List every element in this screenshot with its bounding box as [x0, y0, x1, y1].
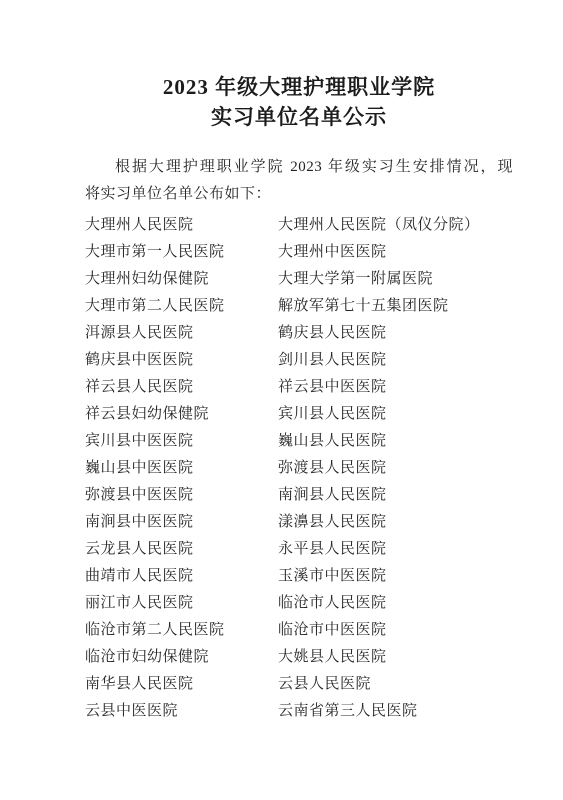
page-title-line1: 2023 年级大理护理职业学院: [85, 72, 513, 102]
hospital-name-right: 临沧市中医医院: [278, 617, 513, 644]
intro-line-2: 将实习单位名单公布如下：: [85, 181, 513, 208]
hospital-name-right: 大理州人民医院（凤仪分院）: [278, 212, 513, 239]
hospital-row: 南涧县中医医院 漾濞县人民医院: [85, 509, 513, 536]
hospital-row: 云县中医医院 云南省第三人民医院: [85, 698, 513, 725]
hospital-name-right: 大理大学第一附属医院: [278, 266, 513, 293]
hospital-name-left: 大理州人民医院: [85, 212, 278, 239]
hospital-name-left: 大理州妇幼保健院: [85, 266, 278, 293]
hospital-row: 祥云县人民医院 祥云县中医医院: [85, 374, 513, 401]
hospital-name-right: 云南省第三人民医院: [278, 698, 513, 725]
hospital-row: 丽江市人民医院 临沧市人民医院: [85, 590, 513, 617]
hospital-name-left: 南涧县中医医院: [85, 509, 278, 536]
hospital-row: 巍山县中医医院 弥渡县人民医院: [85, 455, 513, 482]
hospital-name-right: 弥渡县人民医院: [278, 455, 513, 482]
hospital-row: 鹤庆县中医医院 剑川县人民医院: [85, 347, 513, 374]
hospital-name-left: 弥渡县中医医院: [85, 482, 278, 509]
hospital-row: 大理州人民医院 大理州人民医院（凤仪分院）: [85, 212, 513, 239]
hospital-row: 曲靖市人民医院 玉溪市中医医院: [85, 563, 513, 590]
document-page: 2023 年级大理护理职业学院 实习单位名单公示 根据大理护理职业学院 2023…: [0, 0, 563, 800]
hospital-name-left: 云龙县人民医院: [85, 536, 278, 563]
hospital-name-right: 祥云县中医医院: [278, 374, 513, 401]
hospital-name-right: 巍山县人民医院: [278, 428, 513, 455]
hospital-list: 大理州人民医院 大理州人民医院（凤仪分院） 大理市第一人民医院 大理州中医医院 …: [85, 212, 513, 725]
hospital-name-left: 祥云县妇幼保健院: [85, 401, 278, 428]
hospital-row: 大理州妇幼保健院 大理大学第一附属医院: [85, 266, 513, 293]
hospital-name-left: 宾川县中医医院: [85, 428, 278, 455]
hospital-name-right: 宾川县人民医院: [278, 401, 513, 428]
hospital-name-left: 丽江市人民医院: [85, 590, 278, 617]
hospital-name-right: 大理州中医医院: [278, 239, 513, 266]
hospital-name-left: 大理市第二人民医院: [85, 293, 278, 320]
hospital-name-left: 曲靖市人民医院: [85, 563, 278, 590]
hospital-row: 南华县人民医院 云县人民医院: [85, 671, 513, 698]
hospital-name-right: 永平县人民医院: [278, 536, 513, 563]
hospital-name-right: 鹤庆县人民医院: [278, 320, 513, 347]
hospital-name-left: 鹤庆县中医医院: [85, 347, 278, 374]
hospital-name-left: 祥云县人民医院: [85, 374, 278, 401]
hospital-name-right: 玉溪市中医医院: [278, 563, 513, 590]
hospital-name-right: 大姚县人民医院: [278, 644, 513, 671]
hospital-row: 宾川县中医医院 巍山县人民医院: [85, 428, 513, 455]
intro-paragraph: 根据大理护理职业学院 2023 年级实习生安排情况，现 将实习单位名单公布如下：: [85, 154, 513, 208]
hospital-name-right: 云县人民医院: [278, 671, 513, 698]
hospital-name-left: 临沧市第二人民医院: [85, 617, 278, 644]
hospital-row: 临沧市第二人民医院 临沧市中医医院: [85, 617, 513, 644]
hospital-row: 祥云县妇幼保健院 宾川县人民医院: [85, 401, 513, 428]
hospital-row: 弥渡县中医医院 南涧县人民医院: [85, 482, 513, 509]
page-title-line2: 实习单位名单公示: [85, 102, 513, 132]
hospital-name-right: 南涧县人民医院: [278, 482, 513, 509]
hospital-row: 大理市第二人民医院 解放军第七十五集团医院: [85, 293, 513, 320]
intro-line-1: 根据大理护理职业学院 2023 年级实习生安排情况，现: [85, 154, 513, 181]
hospital-name-left: 巍山县中医医院: [85, 455, 278, 482]
hospital-name-right: 解放军第七十五集团医院: [278, 293, 513, 320]
hospital-row: 临沧市妇幼保健院 大姚县人民医院: [85, 644, 513, 671]
hospital-name-left: 云县中医医院: [85, 698, 278, 725]
hospital-name-left: 洱源县人民医院: [85, 320, 278, 347]
hospital-name-right: 临沧市人民医院: [278, 590, 513, 617]
hospital-name-right: 剑川县人民医院: [278, 347, 513, 374]
hospital-name-right: 漾濞县人民医院: [278, 509, 513, 536]
page-title: 2023 年级大理护理职业学院 实习单位名单公示: [85, 72, 513, 132]
hospital-row: 洱源县人民医院 鹤庆县人民医院: [85, 320, 513, 347]
hospital-name-left: 临沧市妇幼保健院: [85, 644, 278, 671]
hospital-row: 大理市第一人民医院 大理州中医医院: [85, 239, 513, 266]
hospital-name-left: 南华县人民医院: [85, 671, 278, 698]
hospital-name-left: 大理市第一人民医院: [85, 239, 278, 266]
hospital-row: 云龙县人民医院 永平县人民医院: [85, 536, 513, 563]
